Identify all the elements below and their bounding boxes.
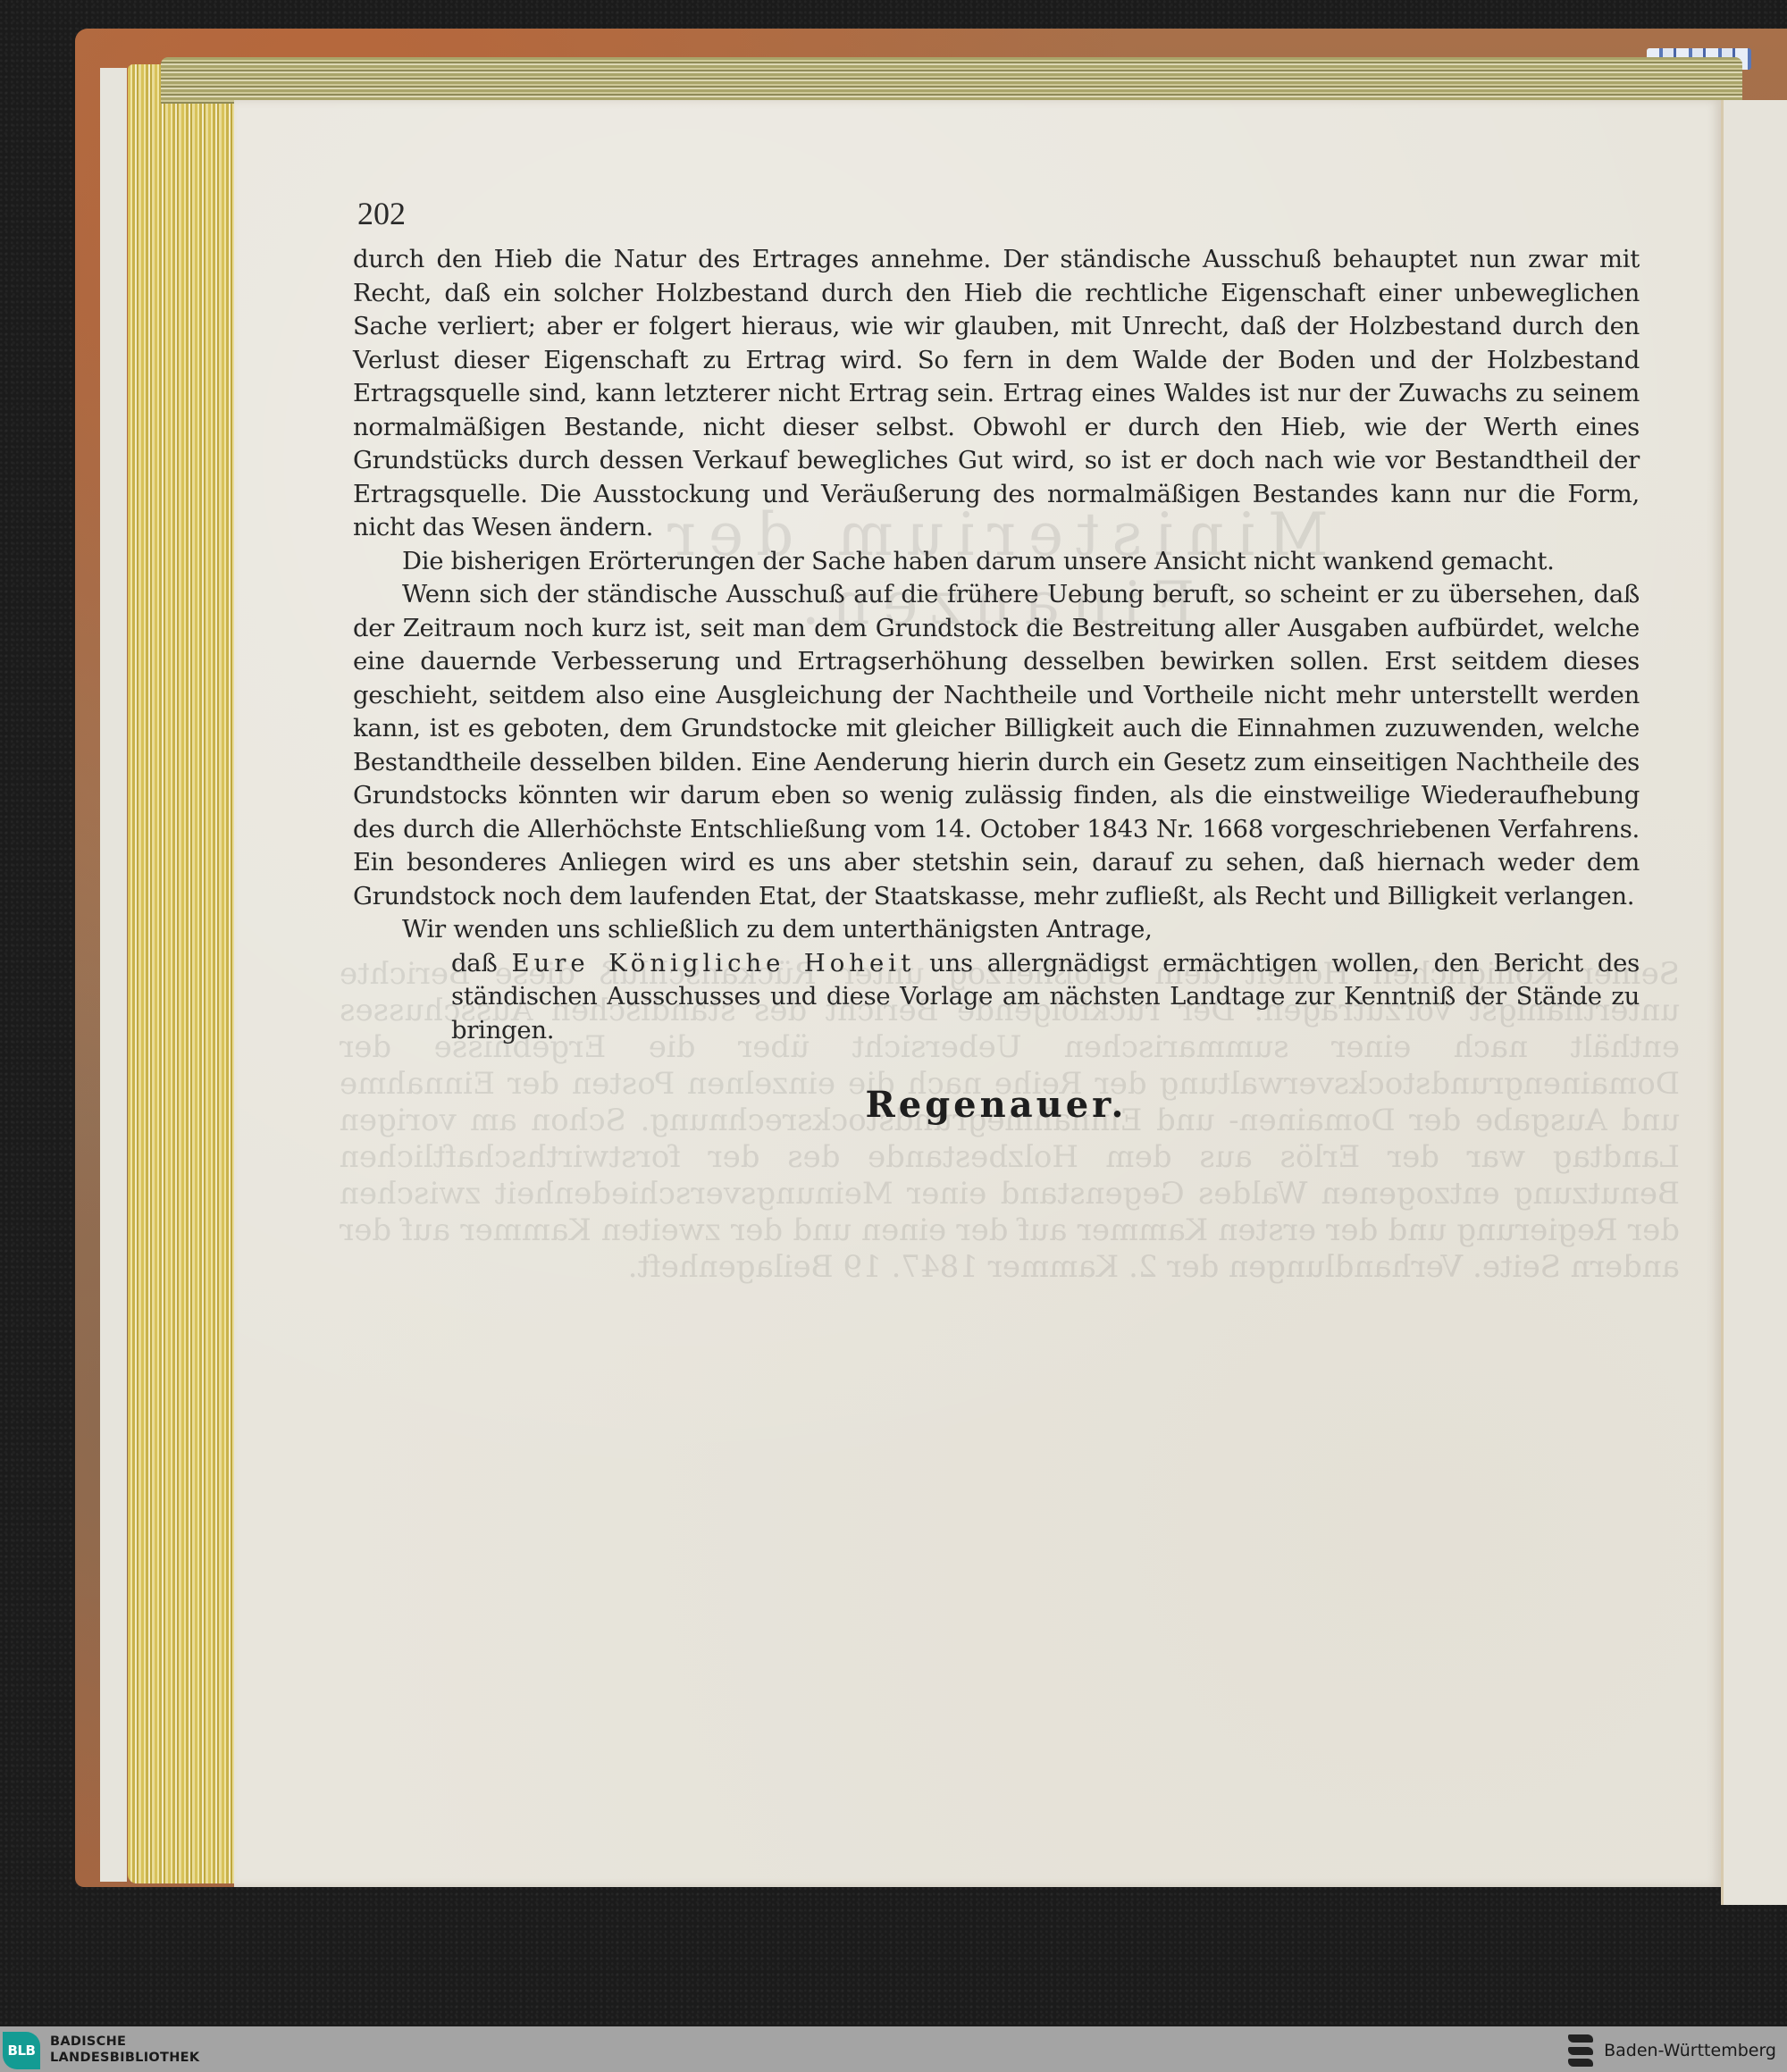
gilt-page-edges-left xyxy=(128,64,235,1883)
blb-logo-text: BLB xyxy=(8,2043,36,2059)
blb-logo-icon[interactable]: BLB xyxy=(3,2032,40,2069)
motion-text: daß Eure Königliche Hoheit uns allergnäd… xyxy=(451,947,1640,1048)
motion-addressee: Eure Königliche Hoheit xyxy=(511,949,915,977)
baden-wuerttemberg-logo[interactable]: Baden-Württemberg xyxy=(1568,2034,1776,2067)
endpaper-strip xyxy=(100,68,127,1882)
paragraph: Wenn sich der ständische Ausschuß auf di… xyxy=(353,578,1640,913)
state-label: Baden-Württemberg xyxy=(1604,2041,1776,2060)
paragraph-motion-intro: Wir wenden uns schließlich zu dem untert… xyxy=(353,913,1640,947)
gilt-page-edges-top xyxy=(161,57,1742,104)
motion-prefix: daß xyxy=(451,949,511,977)
facing-page-edge xyxy=(1721,100,1787,1905)
three-lions-coat-of-arms-icon xyxy=(1568,2034,1593,2067)
page-body: durch den Hieb die Natur des Ertrages an… xyxy=(353,243,1640,1122)
footer-bar: BLB BADISCHE LANDESBIBLIOTHEK Baden-Würt… xyxy=(0,2026,1787,2072)
page-number: 202 xyxy=(357,195,406,232)
library-name-line1: BADISCHE xyxy=(50,2034,199,2050)
library-name-line2: LANDESBIBLIOTHEK xyxy=(50,2050,199,2066)
paragraph: Die bisherigen Erörterungen der Sache ha… xyxy=(353,545,1640,579)
signature: Regenauer. xyxy=(353,1088,1640,1122)
paragraph-continuation: durch den Hieb die Natur des Ertrages an… xyxy=(353,243,1640,545)
library-name[interactable]: BADISCHE LANDESBIBLIOTHEK xyxy=(50,2034,199,2066)
